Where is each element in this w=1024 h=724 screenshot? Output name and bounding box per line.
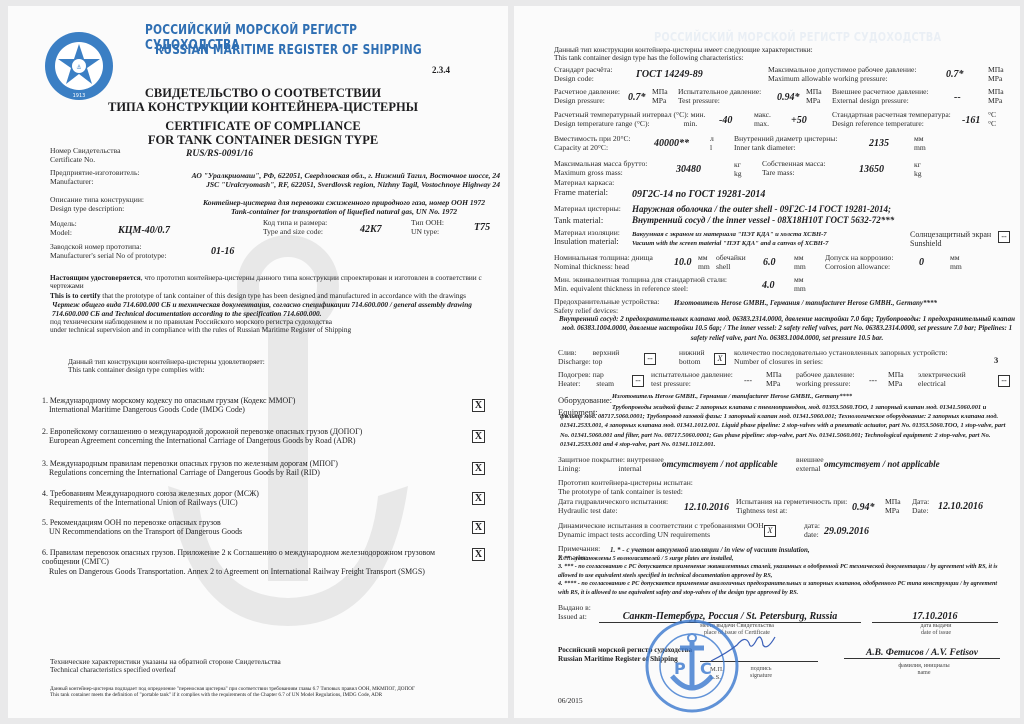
name-caption: фамилия, инициалыname	[894, 663, 954, 677]
overleaf-note: Технические характеристики указаны на об…	[50, 658, 281, 675]
compliance-item: 6. Правилам перевозок опасных грузов. Пр…	[42, 548, 472, 576]
closures-label: количество последовательно установленных…	[734, 349, 947, 366]
compliance-checkbox: X	[472, 462, 485, 475]
compliance-item-ru: 1. Международному морскому кодексу по оп…	[42, 396, 440, 405]
title-ru-line2: ТИПА КОНСТРУКЦИИ КОНТЕЙНЕРА-ЦИСТЕРНЫ	[68, 100, 458, 114]
serial-label: Заводской номер прототипа:Manufacturer's…	[50, 243, 167, 260]
compliance-item-en: Rules on Dangerous Goods Transportation.…	[42, 567, 472, 576]
tightness-date-label: Дата:Date:	[912, 498, 929, 515]
title-en-line2: FOR TANK CONTAINER DESIGN TYPE	[68, 133, 458, 147]
heater-tp-unit: МПаMPa	[766, 371, 782, 388]
compliance-item: 1. Международному морскому кодексу по оп…	[42, 396, 472, 415]
remark-item: 4. **** - по согласованию с РС допускает…	[558, 580, 1008, 597]
compliance-item: 2. Европейскому соглашению о международн…	[42, 427, 472, 446]
svg-text:⚓: ⚓	[76, 64, 81, 71]
compliance-item-en: European Agreement concerning the Intern…	[42, 436, 472, 445]
org-name-en: RUSSIAN MARITIME REGISTER OF SHIPPING	[155, 43, 422, 58]
tare-mass-label: Собственная масса:Tare mass:	[762, 160, 826, 177]
heater-electrical-checkbox: --	[998, 375, 1010, 387]
gross-mass-unit: кгkg	[734, 161, 742, 178]
temp-max-value: +50	[791, 115, 807, 126]
lining-internal-value: отсутствует / not applicable	[662, 459, 778, 469]
title-en: CERTIFICATE OF COMPLIANCE FOR TANK CONTA…	[68, 119, 458, 147]
head-thickness-value: 10.0	[674, 257, 692, 268]
frame-material-value: 09Г2С-14 по ГОСТ 19281-2014	[632, 189, 765, 200]
heater-test-pressure-value: ---	[744, 376, 752, 385]
compliance-item-ru: 4. Требованиям Международного союза желе…	[42, 489, 440, 498]
manufacturer-value: АО "Уралкриомаш", РФ, 622051, Свердловск…	[160, 171, 500, 190]
model-value: КЦМ-40/0.7	[118, 225, 170, 236]
tightness-value: 0.94*	[852, 502, 875, 513]
equipment-details: Трубопроводы жидкой фазы: 2 запорных кла…	[560, 403, 1008, 449]
type-size-code-value: 42K7	[360, 224, 382, 235]
heater-test-pressure-label: испытательное давление:test pressure:	[651, 371, 733, 388]
frame-material-label: Материал каркаса:Frame material:	[554, 179, 614, 196]
remarks-list: 1. * - с учетом вакуумной изоляции / in …	[558, 546, 1008, 598]
inner-diameter-label: Внутренний диаметр цистерны:Inner tank d…	[734, 135, 838, 152]
shell-thickness-value: 6.0	[763, 257, 776, 268]
hydraulic-date-value: 12.10.2016	[684, 502, 729, 513]
remark-item: 3. *** - по согласованию с РС допускаетс…	[558, 563, 1008, 580]
hydraulic-label: Дата гидравлического испытания:Hydraulic…	[558, 498, 668, 515]
manufacturer-label: Предприятие-изготовитель:Manufacturer:	[50, 169, 140, 186]
mwp-unit: МПаMPa	[988, 66, 1004, 83]
form-date: 06/2015	[558, 696, 583, 705]
remark-item: 2. ** - установлены 5 волногасителей / 5…	[558, 555, 1008, 564]
tightness-date-value: 12.10.2016	[938, 501, 983, 512]
heater-working-pressure-value: ---	[869, 376, 877, 385]
insulation-label: Материал изоляции:Insulation material:	[554, 229, 620, 246]
external-pressure-value: --	[954, 92, 961, 103]
heater-electrical-label: электрическийelectrical	[918, 371, 966, 388]
closures-value: 3	[994, 355, 998, 365]
heater-working-pressure-label: рабочее давление:working pressure:	[796, 371, 855, 388]
tightness-unit: МПаMPa	[885, 498, 901, 515]
safety-devices-label: Предохранительные устройства:Safety reli…	[554, 298, 659, 315]
capacity-unit: лl	[710, 135, 714, 152]
max-working-pressure-label: Максимальное допустимое рабочее давление…	[768, 66, 917, 83]
design-type-label: Описание типа конструкции:Design type de…	[50, 196, 144, 213]
discharge-bottom-checkbox: X	[714, 353, 726, 365]
lining-label: Защитное покрытие: внутреннееLining:inte…	[558, 456, 664, 473]
min-thickness-unit: ммmm	[794, 276, 806, 293]
compliance-item-ru: 5. Рекомендациям ООН по перевозке опасны…	[42, 518, 440, 527]
issue-date-value: 17.10.2016	[872, 611, 998, 623]
cert-no-value: RUS/RS-0091/16	[186, 149, 253, 159]
signature-caption: подписьsignature	[746, 666, 776, 680]
tank-material-value: Наружная оболочка / the outer shell - 09…	[632, 204, 894, 226]
gross-mass-label: Максимальная масса брутто:Maximum gross …	[554, 160, 647, 177]
ref-temp-value: -161	[962, 115, 980, 126]
cert-no-label: Номер СвидетельстваCertificate No.	[50, 147, 120, 164]
discharge-bottom-label: нижнийbottom	[679, 349, 705, 366]
un-type-label: Тип ООН:UN type:	[411, 219, 444, 236]
min-thickness-value: 4.0	[762, 280, 775, 291]
compliance-item: 5. Рекомендациям ООН по перевозке опасны…	[42, 518, 472, 537]
thickness-label: Номинальная толщина: днищаNominal thickn…	[554, 254, 653, 271]
issued-label: Выдано в:Issued at:	[558, 604, 591, 621]
compliance-item: 4. Требованиям Международного союза желе…	[42, 489, 472, 508]
compliance-item-ru: 3. Международным правилам перевозки опас…	[42, 459, 440, 468]
title-en-line1: CERTIFICATE OF COMPLIANCE	[68, 119, 458, 133]
corrosion-unit: ммmm	[950, 254, 962, 271]
serial-value: 01-16	[211, 246, 234, 257]
design-code-value: ГОСТ 14249-89	[636, 69, 703, 80]
temp-min-value: -40	[719, 115, 732, 126]
temp-max-label: макс.max.	[754, 111, 771, 128]
corrosion-label: Допуск на коррозию:Corrosion allowance:	[825, 254, 893, 271]
design-code-label: Стандарт расчёта:Design code:	[554, 66, 612, 83]
bleed-through-header: РОССИЙСКИЙ МОРСКОЙ РЕГИСТР СУДОХОДСТВА	[654, 30, 941, 44]
external-pressure-label: Внешнее расчетное давление:External desi…	[832, 88, 929, 105]
compliance-checkbox: X	[472, 492, 485, 505]
min-thickness-label: Мин. эквивалентная толщина для стандартн…	[554, 276, 727, 293]
test-pressure-label: Испытательное давление:Test pressure:	[678, 88, 761, 105]
drawings-reference: Чертеж общего вида 714.600.000 СБ и техн…	[50, 301, 498, 318]
tank-material-label: Материал цистерны:Tank material:	[554, 204, 621, 225]
design-pressure-value: 0.7*	[628, 92, 646, 103]
complies-heading: Данный тип конструкции контейнера-цистер…	[68, 358, 265, 375]
discharge-top-checkbox: --	[644, 353, 656, 365]
heater-wp-unit: МПаMPa	[888, 371, 904, 388]
equipment-maker: Изготовитель Herose GMBH., Германия / ma…	[612, 393, 852, 400]
safety-devices-maker: Изготовитель Herose GMBH., Германия / ma…	[674, 299, 937, 307]
model-label: Модель:Model:	[50, 220, 77, 237]
dynamic-date-value: 29.09.2016	[824, 526, 869, 537]
discharge-label: Слив:верхнийDischarge: top	[558, 349, 619, 366]
insulation-value: Вакуумная с экраном из материала "ПЭТ КД…	[632, 230, 828, 248]
compliance-item-ru: 2. Европейскому соглашению о международн…	[42, 427, 440, 436]
dynamic-label: Динамические испытания в соответствии с …	[558, 522, 764, 539]
max-working-pressure-value: 0.7*	[946, 69, 964, 80]
compliance-item-en: Regulations concerning the International…	[42, 468, 472, 477]
type-size-code-label: Код типа и размера:Type and size code:	[263, 219, 327, 236]
characteristics-intro: Данный тип конструкции контейнера-цистер…	[554, 46, 813, 63]
title-ru-line1: СВИДЕТЕЛЬСТВО О СООТВЕТСТВИИ	[68, 86, 458, 100]
dp-unit: МПаMPa	[652, 88, 668, 105]
compliance-checkbox: X	[472, 430, 485, 443]
title-ru: СВИДЕТЕЛЬСТВО О СООТВЕТСТВИИ ТИПА КОНСТР…	[68, 86, 458, 114]
signature-scribble-icon	[709, 631, 779, 665]
ref-temp-unit: °C°C	[988, 111, 996, 128]
remark-item: 1. * - с учетом вакуумной изоляции / in …	[558, 546, 1008, 555]
compliance-item-en: UN Recommendations on the Transport of D…	[42, 527, 472, 536]
un-type-value: T75	[474, 222, 490, 233]
certificate-back-page: РОССИЙСКИЙ МОРСКОЙ РЕГИСТР СУДОХОДСТВА Д…	[514, 6, 1020, 718]
gross-mass-value: 30480	[676, 164, 701, 175]
compliance-checkbox: X	[472, 521, 485, 534]
signatory-name: А.В. Фетисов / A.V. Fetisov	[844, 648, 1000, 659]
lining-external-value: отсутствует / not applicable	[824, 459, 940, 469]
tested-heading: Прототип контейнера-цистерны испытан:The…	[558, 479, 693, 496]
safety-devices-details: Внутренний сосуд: 2 предохранительных кл…	[554, 315, 1020, 343]
ep-unit: МПаMPa	[988, 88, 1004, 105]
sunshield-label: Солнцезащитный экранSunshield	[910, 230, 991, 248]
design-pressure-label: Расчетное давление:Design pressure:	[554, 88, 620, 105]
compliance-item-en: Requirements of the International Union …	[42, 498, 472, 507]
heater-label: Подогрев: парHeater:steam	[558, 371, 614, 388]
shell-unit: ммmm	[794, 254, 806, 271]
ref-temp-label: Стандартная расчетная температура:Design…	[832, 111, 951, 128]
design-type-value: Контейнер-цистерна для перевозки сжиженн…	[184, 198, 504, 217]
date-caption: дата выдачиdate of issue	[906, 623, 966, 637]
inner-diameter-unit: ммmm	[914, 135, 926, 152]
certify-paragraph: Настоящим удостоверяется, что прототип к…	[50, 274, 498, 335]
dynamic-date-label: дата:date:	[804, 522, 820, 539]
heater-steam-checkbox: --	[632, 375, 644, 387]
corrosion-value: 0	[919, 257, 924, 268]
head-unit: ммmm	[698, 254, 710, 271]
dynamic-checkbox: X	[764, 525, 776, 537]
compliance-checkbox: X	[472, 399, 485, 412]
temp-range-label: Расчетный температурный интервал (°С): м…	[554, 111, 706, 128]
tare-mass-value: 13650	[859, 164, 884, 175]
shell-label: обечайкиshell	[716, 254, 746, 271]
test-pressure-value: 0.94*	[777, 92, 800, 103]
capacity-value: 40000**	[654, 138, 689, 149]
compliance-item: 3. Международным правилам перевозки опас…	[42, 459, 472, 478]
tare-mass-unit: кгkg	[914, 161, 922, 178]
portable-tank-footnote: Данный контейнер-цистерна подпадает под …	[50, 686, 415, 698]
capacity-label: Вместимость при 20°С:Capacity at 20°C:	[554, 135, 631, 152]
certificate-front-page: ⚓ 1913 РОССИЙСКИЙ МОРСКОЙ РЕГИСТР СУДОХО…	[8, 6, 508, 718]
tp-unit: МПаMPa	[806, 88, 822, 105]
form-number: 2.3.4	[432, 65, 450, 75]
tightness-label: Испытания на герметичность при:Tightness…	[736, 498, 847, 515]
svg-text:P: P	[674, 659, 686, 678]
inner-diameter-value: 2135	[869, 138, 889, 149]
lining-external-label: внешнееexternal	[796, 456, 824, 473]
compliance-item-ru: 6. Правилам перевозок опасных грузов. Пр…	[42, 548, 440, 567]
compliance-checkbox: X	[472, 548, 485, 561]
compliance-item-en: International Maritime Dangerous Goods C…	[42, 405, 472, 414]
sunshield-checkbox: --	[998, 231, 1010, 243]
